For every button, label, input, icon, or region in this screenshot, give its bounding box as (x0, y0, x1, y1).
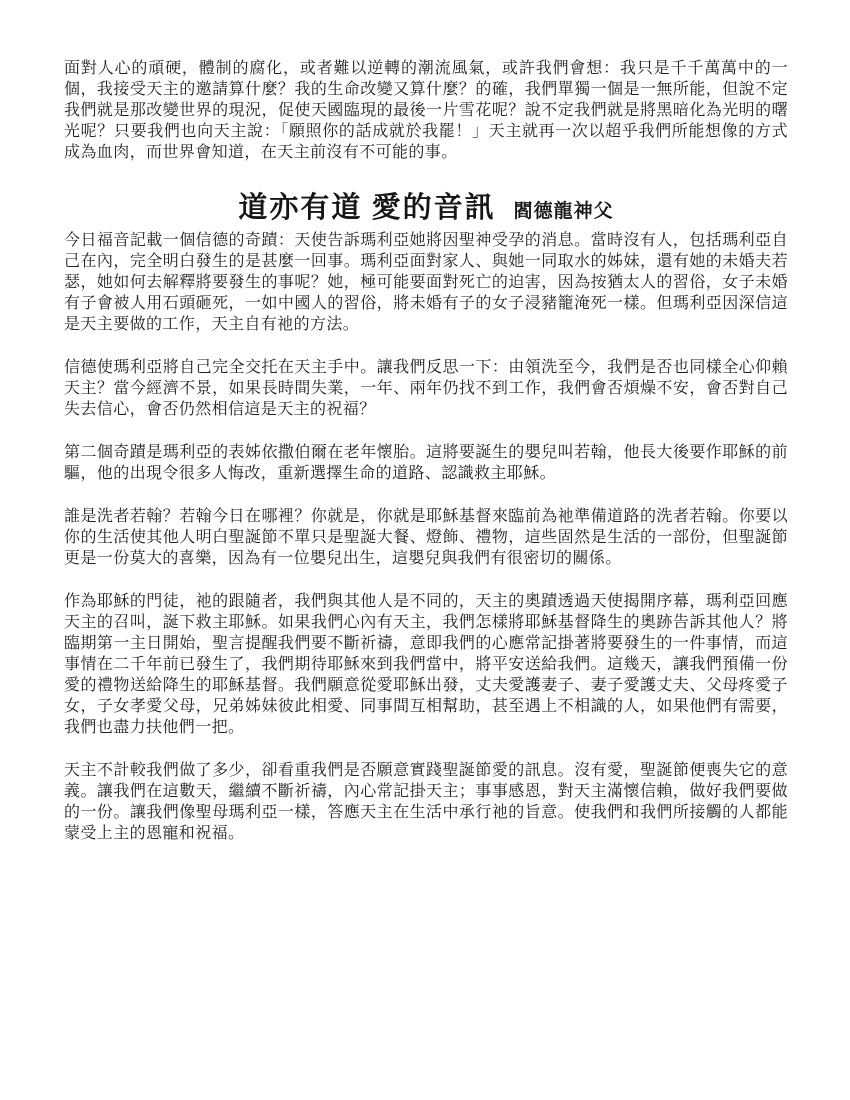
article-paragraph-4: 誰是洗者若翰？若翰今日在哪裡？你就是，你就是耶穌基督來臨前為祂準備道路的洗者若翰… (64, 506, 788, 569)
article-paragraph-3: 第二個奇蹟是瑪利亞的表姊依撒伯爾在老年懷胎。這將要誕生的嬰兒叫若翰，他長大後要作… (64, 442, 788, 484)
article-heading: 道亦有道 愛的音訊 閻德龍神父 (64, 185, 788, 226)
article-paragraph-5: 作為耶穌的門徒，祂的跟隨者，我們與其他人是不同的，天主的奧蹟透過天使揭開序幕，瑪… (64, 591, 788, 738)
document-page: 面對人心的頑硬，體制的腐化，或者難以逆轉的潮流風氣，或許我們會想：我只是千千萬萬… (0, 0, 850, 1100)
article-author: 閻德龍神父 (514, 201, 614, 222)
intro-paragraph: 面對人心的頑硬，體制的腐化，或者難以逆轉的潮流風氣，或許我們會想：我只是千千萬萬… (64, 58, 788, 163)
article-title: 道亦有道 愛的音訊 (238, 192, 495, 224)
article-paragraph-6: 天主不計較我們做了多少，卻看重我們是否願意實踐聖誕節愛的訊息。沒有愛，聖誕節便喪… (64, 760, 788, 844)
article-paragraph-2: 信德使瑪利亞將自己完全交托在天主手中。讓我們反思一下：由領洗至今，我們是否也同樣… (64, 357, 788, 420)
article-paragraph-1: 今日福音記載一個信德的奇蹟：天使告訴瑪利亞她將因聖神受孕的消息。當時沒有人，包括… (64, 230, 788, 335)
